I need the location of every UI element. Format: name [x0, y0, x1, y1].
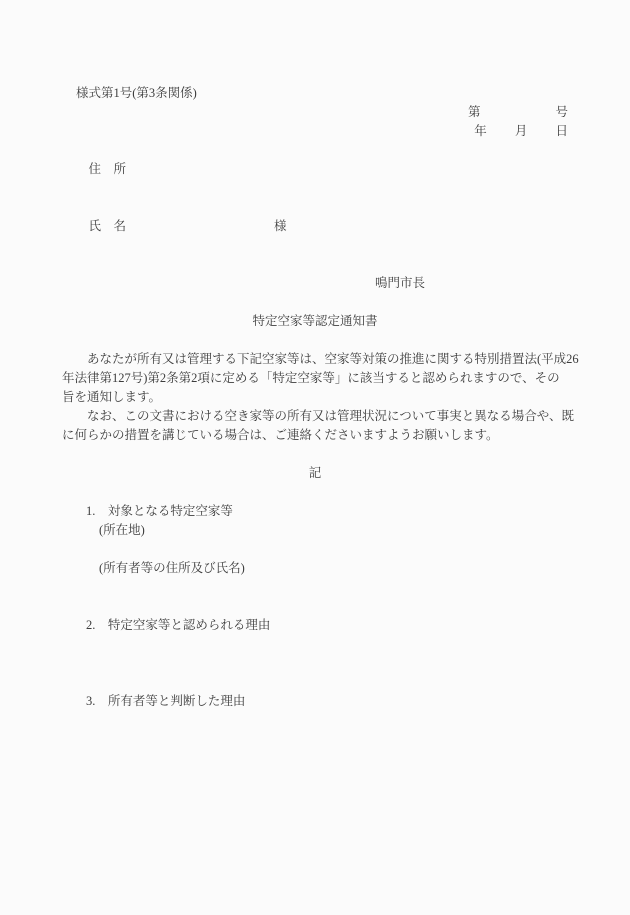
blank-line [62, 255, 568, 274]
paragraph-line: あなたが所有又は管理する下記空家等は、空家等対策の推進に関する特別措置法(平成2… [62, 350, 568, 369]
paragraph-line: なお、この文書における空き家等の所有又は管理状況について事実と異なる場合や、既 [62, 407, 568, 426]
blank-line [62, 578, 568, 597]
list-item-2: 2. 特定空家等と認められる理由 [62, 616, 568, 635]
blank-line [62, 597, 568, 616]
blank-line [62, 673, 568, 692]
document-number-line: 第 号 [62, 103, 568, 122]
paragraph-line: に何らかの措置を講じている場合は、ご連絡くださいますようお願いします。 [62, 426, 568, 445]
blank-line [62, 293, 568, 312]
blank-line [62, 331, 568, 350]
blank-line [62, 445, 568, 464]
blank-line [62, 654, 568, 673]
blank-line [62, 540, 568, 559]
blank-line [62, 483, 568, 502]
honorific-sama: 様 [274, 219, 287, 233]
recipient-name-line: 氏 名様 [62, 198, 568, 255]
address-label: 住 所 [89, 162, 127, 176]
document-page: 様式第1号(第3条関係) 第 号 年 月 日 住 所 氏 名様 鳴門市長 特定空… [0, 0, 630, 915]
list-item-1-owner-label: (所有者等の住所及び氏名) [62, 559, 568, 578]
name-label: 氏 名 [89, 219, 127, 233]
list-item-1-location-label: (所在地) [62, 521, 568, 540]
body-paragraph-1: あなたが所有又は管理する下記空家等は、空家等対策の推進に関する特別措置法(平成2… [62, 350, 568, 407]
body-paragraph-2: なお、この文書における空き家等の所有又は管理状況について事実と異なる場合や、既 … [62, 407, 568, 445]
blank-line [62, 635, 568, 654]
paragraph-line: 年法律第127号)第2条第2項に定める「特定空家等」に該当すると認められますので… [62, 369, 568, 388]
paragraph-line: 旨を通知します。 [62, 388, 568, 407]
form-number: 様式第1号(第3条関係) [62, 84, 568, 103]
sender-title: 鳴門市長 [62, 274, 568, 293]
ki-marker: 記 [62, 464, 568, 483]
date-line: 年 月 日 [62, 122, 568, 141]
recipient-address-line: 住 所 [62, 141, 568, 198]
list-item-3: 3. 所有者等と判断した理由 [62, 692, 568, 711]
list-item-1: 1. 対象となる特定空家等 [62, 502, 568, 521]
document-title: 特定空家等認定通知書 [62, 312, 568, 331]
